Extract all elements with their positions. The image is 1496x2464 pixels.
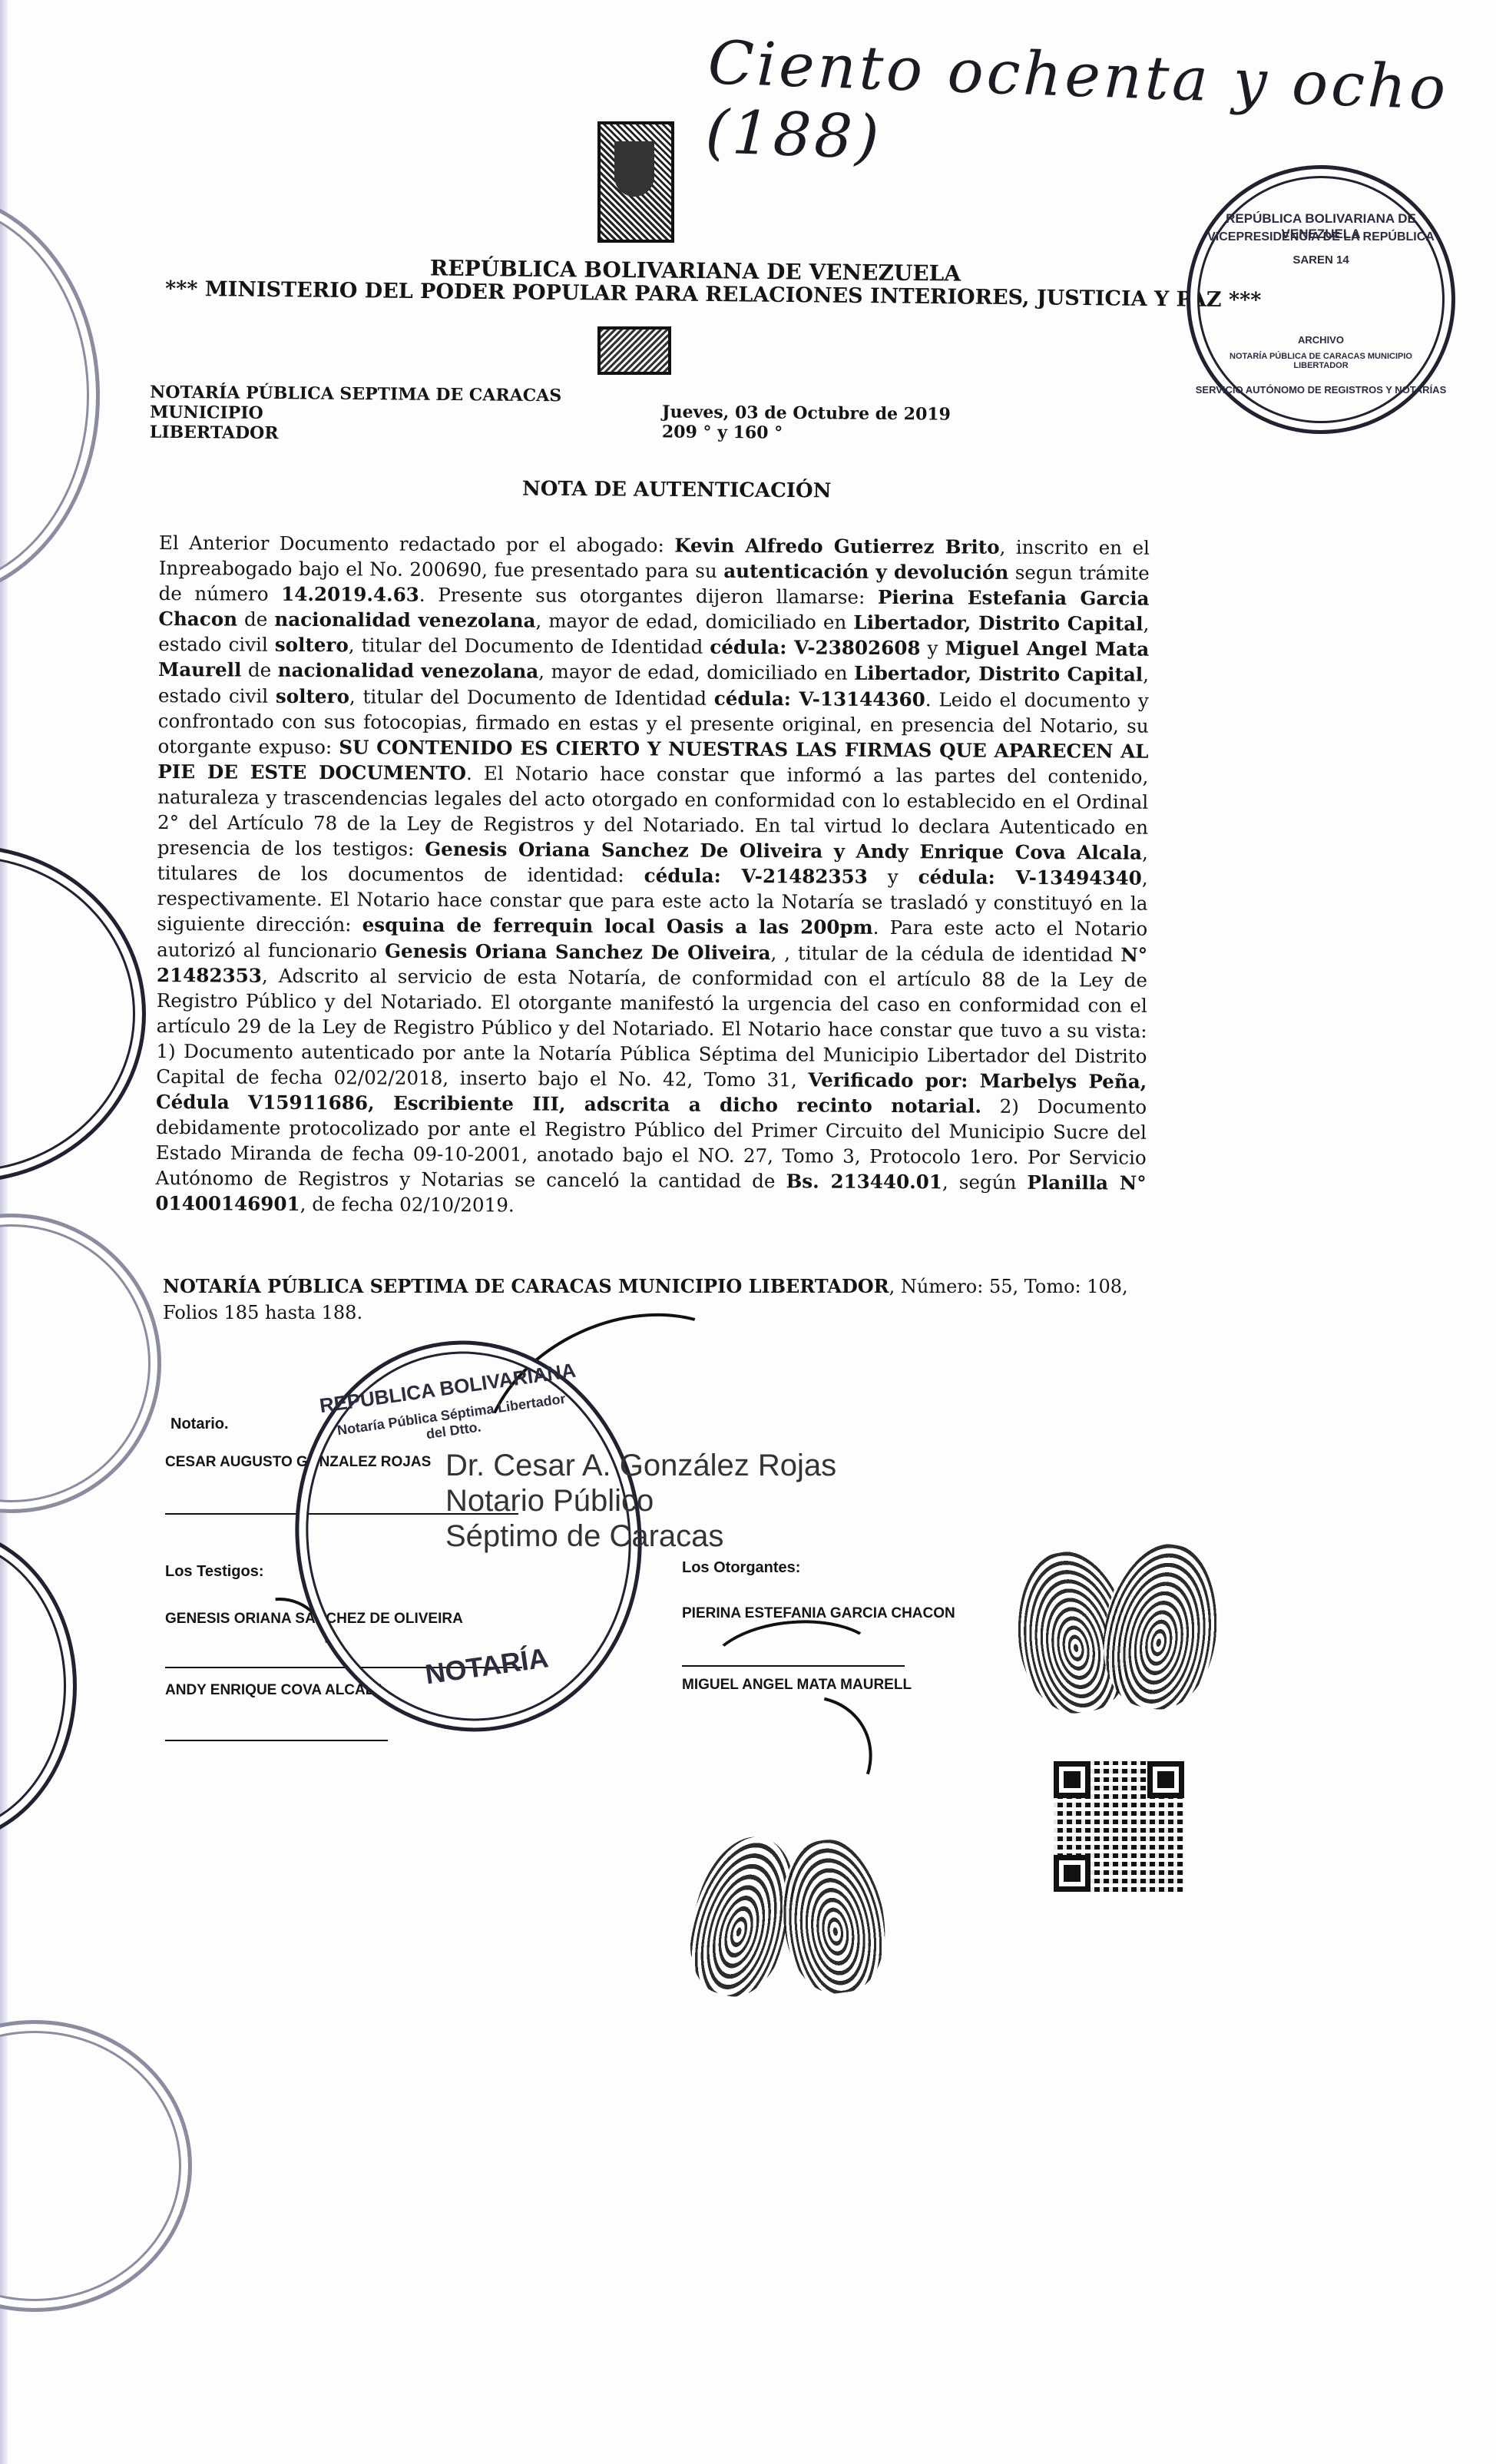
coat-of-arms-icon	[597, 121, 674, 243]
text-run: , de fecha 02/10/2019.	[300, 1193, 515, 1216]
handwritten-folio-number: Ciento ochenta y ocho (188)	[704, 28, 1496, 194]
era-years: 209 ° y 160 °	[662, 422, 951, 444]
text-run: El Anterior Documento redactado por el a…	[159, 532, 674, 557]
text-run: , según	[942, 1171, 1028, 1194]
text-run: cédula: V-13494340	[918, 866, 1142, 889]
amount-paid: Bs. 213440.01	[786, 1171, 942, 1194]
text-run: cédula: V-21482353	[644, 865, 868, 889]
document-title: NOTA DE AUTENTICACIÓN	[522, 478, 832, 503]
document-page: Ciento ochenta y ocho (188) REPÚBLICA BO…	[0, 0, 1496, 2464]
text-run: , mayor de edad, domiciliado en	[538, 661, 854, 684]
witness-2-signature-line	[165, 1740, 388, 1741]
date-block: Jueves, 03 de Octubre de 2019 209 ° y 16…	[662, 402, 951, 444]
left-stamp-3	[0, 1528, 77, 1843]
notary-label: Notario.	[170, 1416, 229, 1433]
text-run: de	[237, 608, 274, 631]
grantor-2-id: cédula: V-13144360	[714, 687, 925, 710]
text-run: VICEPRESIDENCIA DE LA REPÚBLICA	[1190, 230, 1451, 244]
notary-office-line1: NOTARÍA PÚBLICA SEPTIMA DE CARACAS MUNIC…	[150, 383, 564, 426]
saren-stamp: REPÚBLICA BOLIVARIANA DE VENEZUELA VICEP…	[1187, 165, 1455, 434]
text-run: ARCHIVO	[1190, 334, 1451, 346]
text-run: , , titular de la cédula de identidad	[770, 942, 1120, 965]
authentication-body: El Anterior Documento redactado por el a…	[155, 530, 1150, 1221]
witnesses-label: Los Testigos:	[165, 1563, 264, 1581]
witness-names: Genesis Oriana Sanchez De Oliveira y And…	[425, 838, 1142, 864]
text-run: SERVICIO AUTÓNOMO DE REGISTROS Y NOTARÍA…	[1190, 384, 1451, 396]
official-name: Genesis Oriana Sanchez De Oliveira	[385, 939, 771, 964]
address: esquina de ferrequin local Oasis a las 2…	[362, 914, 873, 939]
notary-name-stamp: Dr. Cesar A. González Rojas Notario Públ…	[445, 1448, 836, 1554]
text-run: soltero	[276, 684, 349, 707]
grantor-1-id: cédula: V-23802608	[710, 636, 920, 659]
text-run: Libertador, Distrito Capital	[854, 662, 1143, 686]
text-run: soltero	[275, 634, 349, 657]
grantors-label: Los Otorgantes:	[682, 1559, 800, 1577]
grantor-1-signature-name: PIERINA ESTEFANIA GARCIA CHACON	[682, 1605, 955, 1622]
left-stamp-4	[0, 2020, 192, 2312]
left-stamp-top	[0, 192, 100, 599]
text-run: nacionalidad venezolana	[278, 659, 539, 683]
text-run: , titular del Documento de Identidad	[349, 634, 710, 658]
text-run: Séptimo de Caracas	[445, 1518, 836, 1554]
qr-code	[1054, 1761, 1184, 1892]
document-date: Jueves, 03 de Octubre de 2019	[662, 402, 951, 424]
text-run: Dr. Cesar A. González Rojas	[445, 1448, 836, 1483]
text-run: Notario Público	[445, 1483, 836, 1518]
text-run: nacionalidad venezolana	[274, 608, 535, 632]
tramite-number: 14.2019.4.63	[281, 583, 419, 606]
flag-icon	[597, 326, 671, 375]
text-run: . Presente sus otorgantes dijeron llamar…	[419, 584, 878, 608]
text-run: de	[241, 659, 277, 681]
text-run: , mayor de edad, domiciliado en	[535, 610, 853, 634]
notary-office-line2: LIBERTADOR	[150, 422, 564, 446]
left-stamp-2	[0, 1214, 161, 1513]
fingerprint-4	[773, 1833, 894, 1999]
header-ministry: *** MINISTERIO DEL PODER POPULAR PARA RE…	[165, 277, 1262, 313]
left-stamp-1	[0, 845, 146, 1183]
text-run: y	[868, 866, 918, 888]
text-run: NOTARÍA PÚBLICA DE CARACAS MUNICIPIO LIB…	[1190, 352, 1451, 370]
text-run: Libertador, Distrito Capital	[853, 611, 1143, 635]
registry-office: NOTARÍA PÚBLICA SEPTIMA DE CARACAS MUNIC…	[163, 1275, 889, 1297]
lawyer-name: Kevin Alfredo Gutierrez Brito	[674, 535, 999, 558]
notary-office-header: NOTARÍA PÚBLICA SEPTIMA DE CARACAS MUNIC…	[150, 383, 565, 446]
text-run: NOTARÍA	[317, 1627, 657, 1706]
text-run: y	[920, 638, 945, 660]
text-run: SAREN 14	[1190, 253, 1451, 267]
text-run: autenticación y devolución	[723, 560, 1008, 584]
text-run: , titular del Documento de Identidad	[349, 685, 714, 709]
